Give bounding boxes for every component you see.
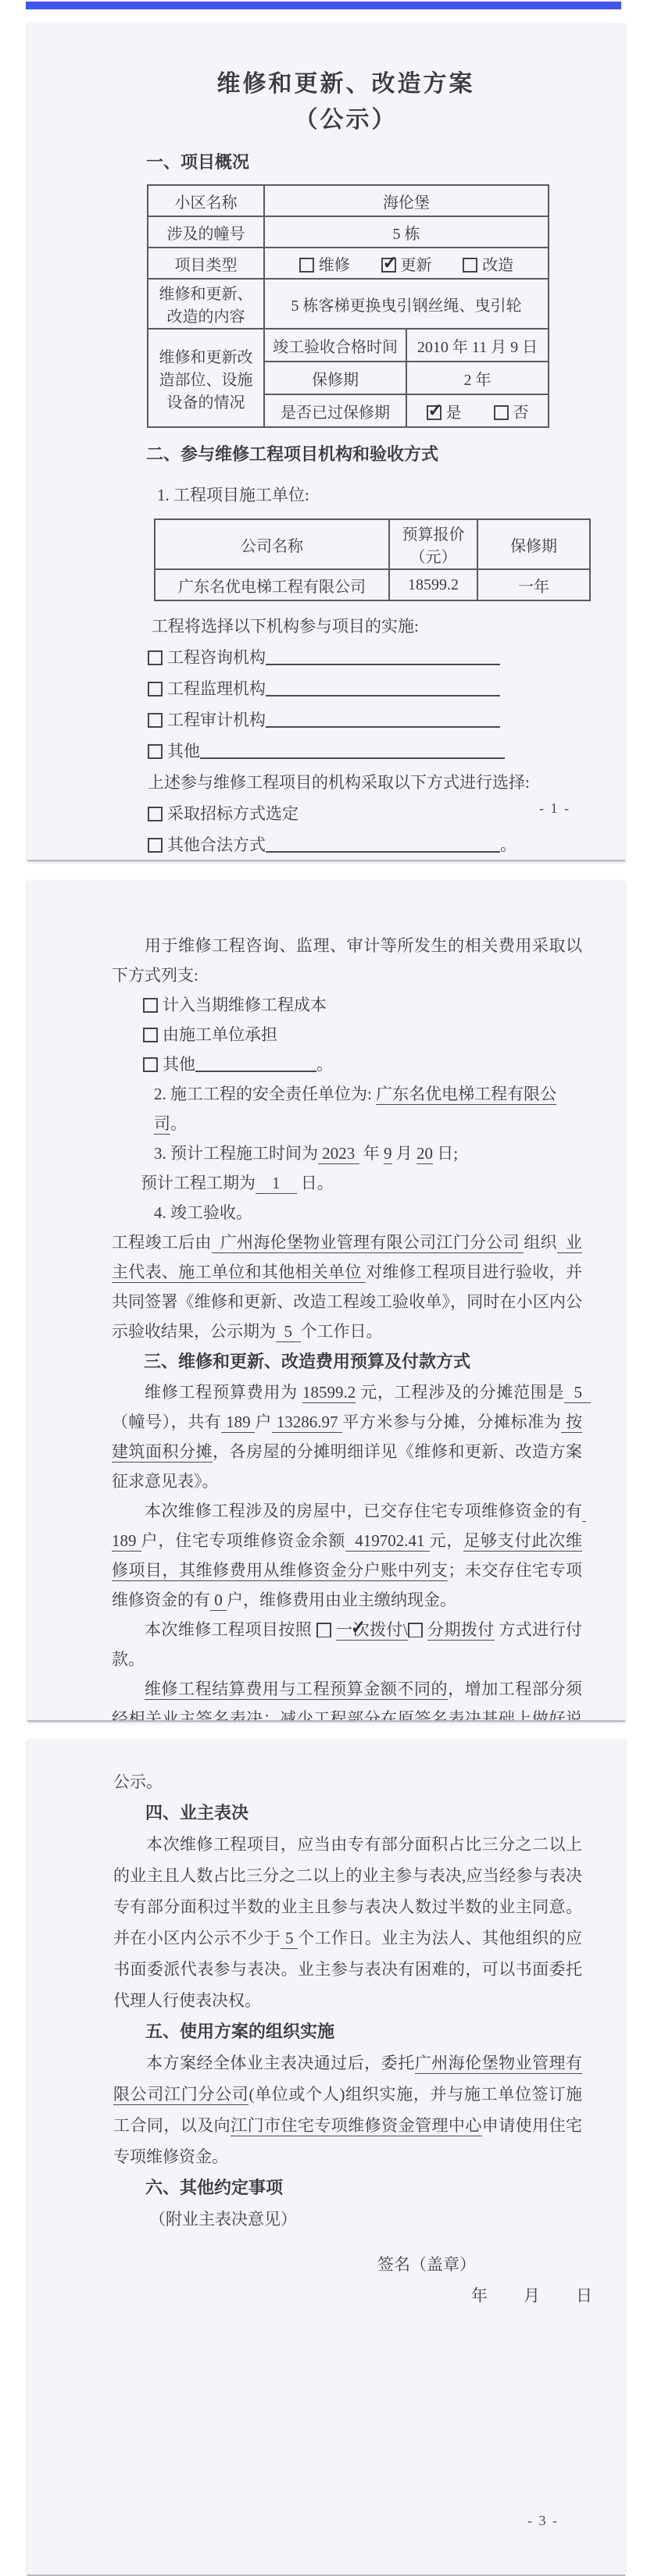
- warranty-value: 2 年: [406, 362, 549, 394]
- option-repair: 维修: [299, 252, 350, 275]
- col-company-name: 公司名称: [155, 519, 389, 569]
- option-yes-label: 是: [446, 404, 462, 422]
- cell-warranty: 一年: [477, 569, 590, 600]
- checkbox-empty-icon: [148, 713, 163, 728]
- cell-company-name: 广东名优电梯工程有限公司: [155, 569, 389, 600]
- checkbox-empty-icon: [143, 998, 158, 1013]
- underlined-text: 广州海伦堡物业管理有限公司江门分公司: [212, 1233, 524, 1253]
- project-type-label: 项目类型: [148, 248, 264, 279]
- text-run: 维修工程预算费用为: [145, 1383, 302, 1402]
- contractor-table: 公司名称 预算报价（元） 保修期 广东名优电梯工程有限公司 18599.2 一年: [154, 518, 591, 601]
- text-run: 组织: [524, 1233, 557, 1252]
- underlined-text: 9: [384, 1144, 392, 1164]
- item-safety-unit: 2. 施工工程的安全责任单位为: 广东名优电梯工程有限公司。: [154, 1079, 582, 1138]
- document-page-1: 维修和更新、改造方案 （公示） 一、项目概况 小区名称 海伦堡 涉及的幢号 5 …: [27, 23, 625, 861]
- check-icon: ✓: [383, 254, 398, 272]
- underlined-text: 18599.2: [302, 1383, 356, 1403]
- text-run: 户，住宅专项维修资金余额: [141, 1531, 346, 1550]
- option-no-label: 否: [513, 404, 529, 422]
- checkbox-cost-current: 计入当期维修工程成本: [143, 990, 582, 1020]
- text-run: 本次维修工程项目按照: [145, 1620, 316, 1639]
- budget-apportion-paragraph: 维修工程预算费用为 18599.2 元，工程涉及的分摊范围是 5 （幢号），共有…: [112, 1377, 582, 1496]
- attached-opinions-note: （附业主表决意见）: [149, 2204, 582, 2235]
- underlined-text: 5: [276, 1322, 301, 1342]
- consulting-org-label: 工程咨询机构: [167, 648, 266, 667]
- option-yes: ✓是: [427, 404, 462, 422]
- blank-line: [266, 836, 500, 853]
- checkbox-supervision-org: 工程监理机构: [148, 673, 578, 704]
- text-run: 工程竣工后由: [112, 1233, 212, 1252]
- underlined-text: 1: [256, 1174, 297, 1194]
- section-3-heading: 三、维修和更新、改造费用预算及付款方式: [144, 1346, 582, 1377]
- option-no: 否: [494, 404, 529, 422]
- document-page-3: 公示。 四、业主表决 本次维修工程项目，应当由专有部分面积占比三分之二以上的业主…: [27, 1740, 625, 2576]
- table-row: 维修和更新、改造的内容 5 栋客梯更换曳引钢丝绳、曳引轮: [148, 279, 549, 329]
- table-row: 维修和更新改造部位、设施设备的情况 竣工验收合格时间 2010 年 11 月 9…: [148, 329, 549, 362]
- other-method-label: 其他合法方式: [167, 836, 266, 854]
- underlined-text: 江门市住宅专项维修资金管理中心: [231, 2116, 482, 2136]
- checkbox-empty-icon: [143, 1028, 158, 1042]
- project-overview-table: 小区名称 海伦堡 涉及的幢号 5 栋 项目类型 维修 ✓更新 改造 维修和更新、…: [147, 184, 549, 428]
- cell-budget-quote: 18599.2: [389, 569, 477, 600]
- fund-balance-paragraph: 本次维修工程涉及的房屋中，已交存住宅专项维修资金的有 189 户，住宅专项维修资…: [112, 1496, 582, 1615]
- checkbox-empty-icon: [148, 744, 163, 759]
- select-orgs-line: 工程将选择以下机构参与项目的实施:: [152, 611, 578, 642]
- text-run: 3. 预计工程施工时间为: [154, 1144, 318, 1163]
- cost-other-label: 其他: [163, 1055, 195, 1074]
- building-number-value: 5 栋: [264, 216, 549, 248]
- blank-line: [266, 680, 500, 697]
- checkbox-empty-icon: [143, 1057, 158, 1072]
- acceptance-date-value: 2010 年 11 月 9 日: [406, 329, 549, 362]
- page-number-1: - 1 -: [539, 800, 570, 817]
- text-run: 户: [255, 1413, 272, 1431]
- checkbox-other-org: 其他: [148, 736, 578, 767]
- underlined-text: 5: [564, 1383, 590, 1403]
- facility-status-label: 维修和更新改造部位、设施设备的情况: [148, 329, 264, 427]
- warranty-expired-label: 是否已过保修期: [264, 394, 406, 427]
- supervision-org-label: 工程监理机构: [167, 679, 266, 698]
- section-6-heading: 六、其他约定事项: [145, 2172, 582, 2204]
- checkbox-empty-icon: [148, 838, 163, 853]
- option-update: ✓更新: [381, 252, 432, 275]
- text-run: 。: [170, 1114, 187, 1133]
- settlement-diff-paragraph: 维修工程结算费用与工程预算金额不同的，增加工程部分须经相关业主签名表决；减少工程…: [112, 1674, 582, 1722]
- underlined-text: 13286.97: [272, 1413, 342, 1433]
- table-header-row: 公司名称 预算报价（元） 保修期: [155, 519, 590, 569]
- fees-intro-paragraph: 用于维修工程咨询、监理、审计等所发生的相关费用采取以下方式列支:: [112, 931, 582, 990]
- text-run: 元，: [430, 1531, 464, 1550]
- checkbox-no: [494, 405, 509, 420]
- cost-contractor-label: 由施工单位承担: [163, 1025, 277, 1044]
- signature-label: 签名（盖章）: [377, 2249, 582, 2280]
- item-construction-unit: 1. 工程项目施工单位:: [157, 479, 578, 511]
- text-run: 月: [392, 1144, 417, 1163]
- document-subtitle: （公示）: [113, 105, 578, 136]
- text-run: 预计工程工期为: [141, 1174, 256, 1192]
- acceptance-paragraph: 工程竣工后由 广州海伦堡物业管理有限公司江门分公司 组织 业主代表、施工单位和其…: [112, 1227, 582, 1346]
- community-name-label: 小区名称: [148, 185, 264, 216]
- blank-line: [200, 743, 505, 759]
- blank-line: [266, 649, 500, 665]
- date-day-label: 日: [576, 2280, 592, 2311]
- text-run: 个工作日。: [301, 1322, 383, 1341]
- section-5-heading: 五、使用方案的组织实施: [145, 2016, 582, 2047]
- checkbox-repair: [299, 258, 314, 273]
- option-update-label: 更新: [401, 257, 432, 274]
- choose-method-line: 上述参与维修工程项目的机构采取以下方式进行选择:: [148, 767, 578, 798]
- checkbox-bidding-method: 采取招标方式选定: [148, 798, 578, 829]
- table-row: 广东名优电梯工程有限公司 18599.2 一年: [155, 569, 590, 600]
- page-number-3: - 3 -: [527, 2513, 559, 2529]
- option-rebuild: 改造: [463, 252, 513, 275]
- text-run: 2. 施工工程的安全责任单位为:: [154, 1085, 376, 1103]
- blank-line: [195, 1056, 316, 1072]
- date-year-label: 年: [471, 2280, 488, 2311]
- implementation-paragraph: 本方案经全体业主表决通过后，委托广州海伦堡物业管理有限公司江门分公司(单位或个人…: [113, 2047, 582, 2172]
- section-4-heading: 四、业主表决: [145, 1797, 582, 1829]
- other-org-label: 其他: [167, 742, 200, 761]
- text-run: 年: [359, 1144, 384, 1163]
- work-content-value: 5 栋客梯更换曳引钢丝绳、曳引轮: [264, 279, 549, 329]
- project-type-options: 维修 ✓更新 改造: [268, 252, 545, 275]
- option-repair-label: 维修: [319, 257, 350, 274]
- payment-method-paragraph: 本次维修工程项目按照 ✓一次拨付\分期拨付 方式进行付款。: [112, 1615, 582, 1674]
- table-row: 项目类型 维修 ✓更新 改造: [148, 248, 549, 279]
- checkbox-empty-icon: [148, 682, 163, 697]
- text-run: 户，维修费用由业主缴纳现金。: [227, 1591, 456, 1609]
- underlined-text: 189: [221, 1413, 255, 1433]
- text-run: 本方案经全体业主表决通过后，委托: [146, 2054, 415, 2072]
- checkbox-consulting-org: 工程咨询机构: [148, 642, 578, 673]
- underlined-text: 5: [281, 1929, 298, 1949]
- option-rebuild-label: 改造: [482, 257, 513, 274]
- acceptance-date-label: 竣工验收合格时间: [264, 329, 406, 362]
- checkbox-rebuild: [463, 258, 477, 273]
- owner-voting-paragraph: 本次维修工程项目，应当由专有部分面积占比三分之二以上的业主且人数占比三分之二以上…: [113, 1829, 582, 2016]
- section-2-heading: 二、参与维修工程项目机构和验收方式: [146, 439, 578, 470]
- underlined-text: 419702.41: [345, 1531, 429, 1552]
- date-month-label: 月: [524, 2280, 540, 2311]
- scanned-document-view: 维修和更新、改造方案 （公示） 一、项目概况 小区名称 海伦堡 涉及的幢号 5 …: [0, 0, 647, 2576]
- text-run: （幢号），共有: [112, 1413, 221, 1431]
- section-1-heading: 一、项目概况: [146, 147, 578, 178]
- community-name-value: 海伦堡: [264, 185, 549, 216]
- item-completion-acceptance: 4. 竣工验收。: [154, 1198, 582, 1227]
- building-number-label: 涉及的幢号: [148, 216, 264, 248]
- publicity-continuation: 公示。: [113, 1766, 582, 1797]
- document-page-2: 用于维修工程咨询、监理、审计等所发生的相关费用采取以下方式列支: 计入当期维修工…: [27, 881, 625, 1722]
- blank-line: [266, 711, 500, 728]
- text-run: 本次维修工程涉及的房屋中，已交存住宅专项维修资金的有: [145, 1502, 582, 1520]
- table-row: 小区名称 海伦堡: [148, 185, 549, 216]
- checkbox-empty-icon: [148, 807, 163, 821]
- text-run: 平方米参与分摊，分摊标准为: [342, 1413, 561, 1431]
- text-run: 元，工程涉及的分摊范围是: [356, 1383, 564, 1402]
- text-run: 日;: [433, 1144, 458, 1163]
- checkbox-audit-org: 工程审计机构: [148, 704, 578, 736]
- top-accent-bar: [26, 2, 621, 9]
- underlined-text: 维修工程结算费用与工程预算金额不同的: [145, 1680, 448, 1700]
- check-icon: ✓: [428, 401, 443, 419]
- text-run: 日。: [297, 1174, 334, 1192]
- underlined-text: 20: [416, 1144, 433, 1164]
- checkbox-other-method: 其他合法方式。: [148, 829, 578, 860]
- period-mark: 。: [500, 836, 517, 854]
- col-budget-quote: 预算报价（元）: [389, 519, 477, 569]
- underlined-text: 2023: [318, 1144, 359, 1164]
- warranty-label: 保修期: [264, 362, 406, 394]
- underlined-text: 分期拨付: [427, 1620, 495, 1641]
- period-mark: 。: [316, 1055, 333, 1074]
- audit-org-label: 工程审计机构: [167, 711, 266, 729]
- underlined-text: 0: [210, 1591, 227, 1611]
- bidding-method-label: 采取招标方式选定: [167, 804, 298, 823]
- date-line: 年 月 日: [471, 2280, 582, 2311]
- checkbox-empty-icon: [148, 650, 163, 665]
- checkbox-cost-contractor: 由施工单位承担: [143, 1020, 582, 1049]
- table-row: 涉及的幢号 5 栋: [148, 216, 549, 248]
- document-title: 维修和更新、改造方案: [113, 69, 578, 100]
- item-construction-duration: 预计工程工期为 1 日。: [141, 1168, 582, 1198]
- checkbox-checked-icon: ✓: [316, 1623, 331, 1637]
- checkbox-update: ✓: [381, 258, 396, 273]
- item-construction-time: 3. 预计工程施工时间为 2023 年 9 月 20 日;: [154, 1138, 582, 1168]
- checkbox-empty-icon: [408, 1623, 423, 1637]
- col-warranty: 保修期: [477, 519, 590, 569]
- cost-current-label: 计入当期维修工程成本: [163, 996, 327, 1014]
- checkbox-cost-other: 其他。: [143, 1049, 582, 1079]
- checkbox-yes: ✓: [427, 405, 441, 420]
- work-content-label: 维修和更新、改造的内容: [148, 279, 264, 329]
- check-icon: ✓: [318, 1619, 366, 1637]
